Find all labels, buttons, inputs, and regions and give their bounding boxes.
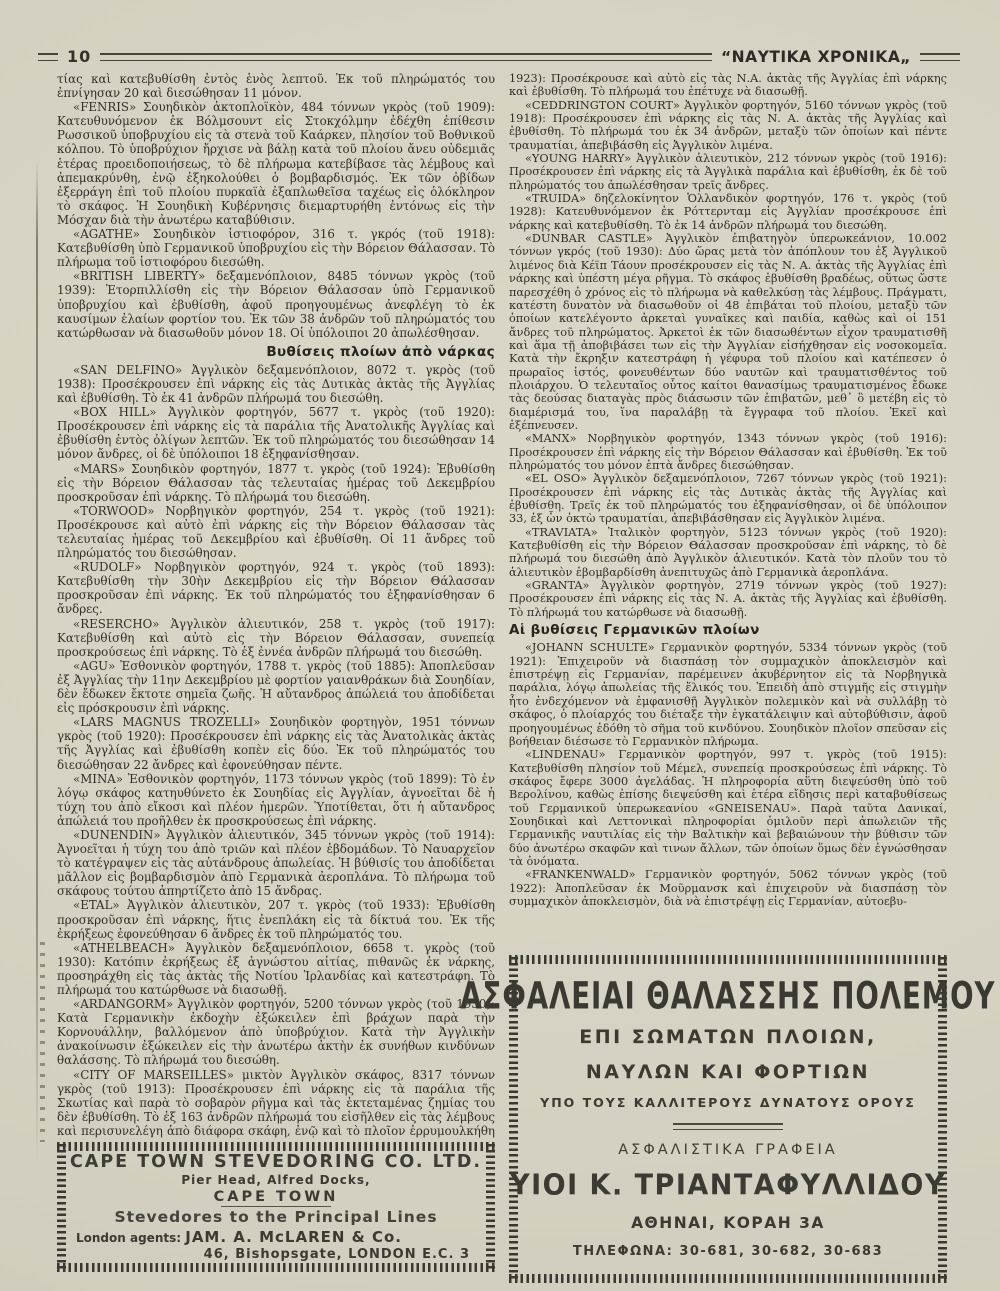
- section-heading-german-sinkings: Αἱ βυθίσεις Γερμανικῶν πλοίων: [509, 624, 947, 637]
- two-column-layout: τίας καὶ κατεβυθίσθη ἐντὸς ἑνὸς λεπτοῦ. …: [57, 72, 947, 1283]
- cape-ad-content: CAPE TOWN STEVEDORING CO. LTD. Pier Head…: [68, 1152, 484, 1262]
- article-paragraph: «CEDDRINGTON COURT» Ἀγγλικὸν φορτηγόν, 5…: [509, 99, 947, 152]
- insurance-ad-title: ΑΣΦΑΛΕΙΑΙ ΘΑΛΑΣΣΗΣ ΠΟΛΕΜΟΥ: [460, 975, 995, 1019]
- article-paragraph: «FENRIS» Σουηδικὸν ἀκτοπλοϊκὸν, 484 τόνν…: [57, 100, 495, 227]
- cape-ad-agents-label: London agents:: [76, 1231, 181, 1245]
- cape-ad-agents-address: 46, Bishopsgate, LONDON E.C. 3: [68, 1247, 484, 1262]
- article-paragraph: «DUNENDIN» Ἀγγλικὸν ἁλιευτικόν, 345 τόνν…: [57, 828, 495, 898]
- article-paragraph: «AGU» Ἐσθονικὸν φορτηγόν, 1788 τ. γκρὸς …: [57, 659, 495, 715]
- article-paragraph: 1923): Προσέκρουσε καὶ αὐτὸ εἰς τὰς Ν.Α.…: [509, 72, 947, 99]
- cape-ad-divider: [221, 1206, 331, 1207]
- article-paragraph: «LINDENAU» Γερμανικὸν φορτηγόν, 997 τ. γ…: [509, 748, 947, 868]
- left-column-text: τίας καὶ κατεβυθίσθη ἐντὸς ἑνὸς λεπτοῦ. …: [57, 72, 495, 1139]
- article-paragraph: «RESERCHO» Ἀγγλικὸν ἁλιευτικόν, 258 τ. γ…: [57, 617, 495, 659]
- article-paragraph: «MARS» Σουηδικὸν φορτηγόν, 1877 τ. γκρὸς…: [57, 462, 495, 504]
- masthead-title: “ΝΑΥΤΙΚΑ ΧΡΟΝΙΚΑ„: [721, 48, 911, 66]
- article-paragraph: «DUNBAR CASTLE» Ἀγγλικὸν ἐπιβατηγὸν ὑπερ…: [509, 232, 947, 432]
- cape-ad-tagline: Stevedores to the Principal Lines: [114, 1208, 437, 1226]
- header-rule-right: [920, 53, 960, 61]
- article-paragraph: «EL OSO» Ἀγγλικὸν δεξαμενόπλοιον, 7267 τ…: [509, 472, 947, 525]
- insurance-ad-line3: ΥΠΟ ΤΟΥΣ ΚΑΛΛΙΤΕΡΟΥΣ ΔΥΝΑΤΟΥΣ ΟΡΟΥΣ: [540, 1095, 916, 1110]
- insurance-ad-company: ΥΙΟΙ Κ. ΤΡΙΑΝΤΑΦΥΛΛΙΔΟΥ: [510, 1169, 946, 1202]
- article-paragraph: «BOX HILL» Ἀγγλικὸν φορτηγόν, 5677 τ. γκ…: [57, 405, 495, 461]
- page-header: 10 “ΝΑΥΤΙΚΑ ΧΡΟΝΙΚΑ„: [38, 47, 960, 66]
- article-paragraph: «RUDOLF» Νορβηγικὸν φορτηγόν, 924 τ. γκρ…: [57, 560, 495, 616]
- cape-town-stevedoring-ad: CAPE TOWN STEVEDORING CO. LTD. Pier Head…: [57, 1142, 495, 1272]
- cape-ad-agents-name: JAM. A. McLAREN & Co.: [185, 1228, 402, 1246]
- ad-border-bottom: [509, 1274, 947, 1283]
- article-paragraph: «TORWOOD» Νορβηγικὸν φορτηγόν, 254 τ. γκ…: [57, 504, 495, 560]
- insurance-ad-phones: ΤΗΛΕΦΩΝΑ: 30-681, 30-682, 30-683: [573, 1244, 883, 1259]
- insurance-ad-divider: [673, 1123, 783, 1130]
- cape-ad-address2: CAPE TOWN: [214, 1189, 339, 1205]
- ad-border-left: [57, 1144, 66, 1270]
- article-paragraph: τίας καὶ κατεβυθίσθη ἐντὸς ἑνὸς λεπτοῦ. …: [57, 72, 495, 100]
- ad-border-top: [57, 1142, 495, 1151]
- war-insurance-ad: ΑΣΦΑΛΕΙΑΙ ΘΑΛΑΣΣΗΣ ΠΟΛΕΜΟΥ ΕΠΙ ΣΩΜΑΤΩΝ Π…: [509, 955, 947, 1283]
- header-rule-middle: [100, 53, 712, 61]
- insurance-ad-line1: ΕΠΙ ΣΩΜΑΤΩΝ ΠΛΟΙΩΝ,: [579, 1026, 877, 1048]
- cape-ad-title: CAPE TOWN STEVEDORING CO. LTD.: [70, 1152, 482, 1172]
- page-number: 10: [67, 47, 91, 66]
- article-paragraph: «ETAL» Ἀγγλικὸν ἁλιευτικὸν, 207 τ. γκρὸς…: [57, 898, 495, 940]
- insurance-ad-content: ΑΣΦΑΛΕΙΑΙ ΘΑΛΑΣΣΗΣ ΠΟΛΕΜΟΥ ΕΠΙ ΣΩΜΑΤΩΝ Π…: [520, 965, 936, 1273]
- left-column: τίας καὶ κατεβυθίσθη ἐντὸς ἑνὸς λεπτοῦ. …: [57, 72, 495, 1283]
- header-rule-left: [38, 53, 58, 61]
- right-column-text: 1923): Προσέκρουσε καὶ αὐτὸ εἰς τὰς Ν.Α.…: [509, 72, 947, 953]
- ad-border-bottom: [57, 1263, 495, 1272]
- cape-ad-agents: London agents: JAM. A. McLAREN & Co.: [68, 1228, 484, 1246]
- article-paragraph: «ATHELBEACH» Ἀγγλικὸν δεξαμενόπλοιον, 66…: [57, 941, 495, 997]
- right-column: 1923): Προσέκρουσε καὶ αὐτὸ εἰς τὰς Ν.Α.…: [509, 72, 947, 1283]
- article-paragraph: «ARDANGORM» Ἀγγλικὸν φορτηγόν, 5200 τόνν…: [57, 997, 495, 1067]
- insurance-ad-address: ΑΘΗΝΑΙ, ΚΟΡΑΗ 3Α: [631, 1214, 825, 1232]
- article-paragraph: «LARS MAGNUS TROZELLI» Σουηδικὸν φορτηγὸ…: [57, 715, 495, 771]
- article-paragraph: «JOHANN SCHULTE» Γερμανικὸν φορτηγόν, 53…: [509, 641, 947, 748]
- article-paragraph: «FRANKENWALD» Γερμανικὸν φορτηγόν, 5062 …: [509, 868, 947, 908]
- scan-edge-marks: [40, 942, 45, 1142]
- scan-binding-line: [36, 160, 38, 1165]
- article-paragraph: «TRUIDA» δηζελοκίνητον Ὁλλανδικὸν φορτηγ…: [509, 192, 947, 232]
- ad-border-top: [509, 955, 947, 964]
- section-heading-mine-sinkings: Βυθίσεις πλοίων ἀπὸ νάρκας: [57, 345, 495, 359]
- insurance-ad-offices-label: ΑΣΦΑΛΙΣΤΙΚΑ ΓΡΑΦΕΙΑ: [618, 1142, 837, 1158]
- insurance-ad-line2: ΝΑΥΛΩΝ ΚΑΙ ΦΟΡΤΙΩΝ: [586, 1061, 870, 1083]
- article-paragraph: «AGATHE» Σουηδικὸν ἱστιοφόρον, 316 τ. γκ…: [57, 227, 495, 269]
- article-paragraph: «BRITISH LIBERTY» δεξαμενόπλοιον, 8485 τ…: [57, 269, 495, 339]
- article-paragraph: «GRANTA» Ἀγγλικὸν φορτηγὸν, 2719 τόννων …: [509, 579, 947, 619]
- article-paragraph: «SAN DELFINO» Ἀγγλικὸν δεξαμενόπλοιον, 8…: [57, 363, 495, 405]
- article-paragraph: «MANX» Νορβηγικὸν φορτηγόν, 1343 τόννων …: [509, 432, 947, 472]
- cape-ad-address1: Pier Head, Alfred Docks,: [181, 1173, 370, 1187]
- article-paragraph: «MINA» Ἐσθονικὸν φορτηγόν, 1173 τόννων γ…: [57, 772, 495, 828]
- article-paragraph: «YOUNG HARRY» Ἀγγλικὸν ἁλιευτικὸν, 212 τ…: [509, 152, 947, 192]
- magazine-page: 10 “ΝΑΥΤΙΚΑ ΧΡΟΝΙΚΑ„ τίας καὶ κατεβυθίσθ…: [0, 0, 1000, 1291]
- article-paragraph: «TRAVIATA» Ἰταλικὸν φορτηγὸν, 5123 τόννω…: [509, 526, 947, 579]
- article-paragraph: «CITY OF MARSEILLES» μικτὸν Ἀγγλικὸν σκά…: [57, 1068, 495, 1139]
- ad-border-right: [486, 1144, 495, 1270]
